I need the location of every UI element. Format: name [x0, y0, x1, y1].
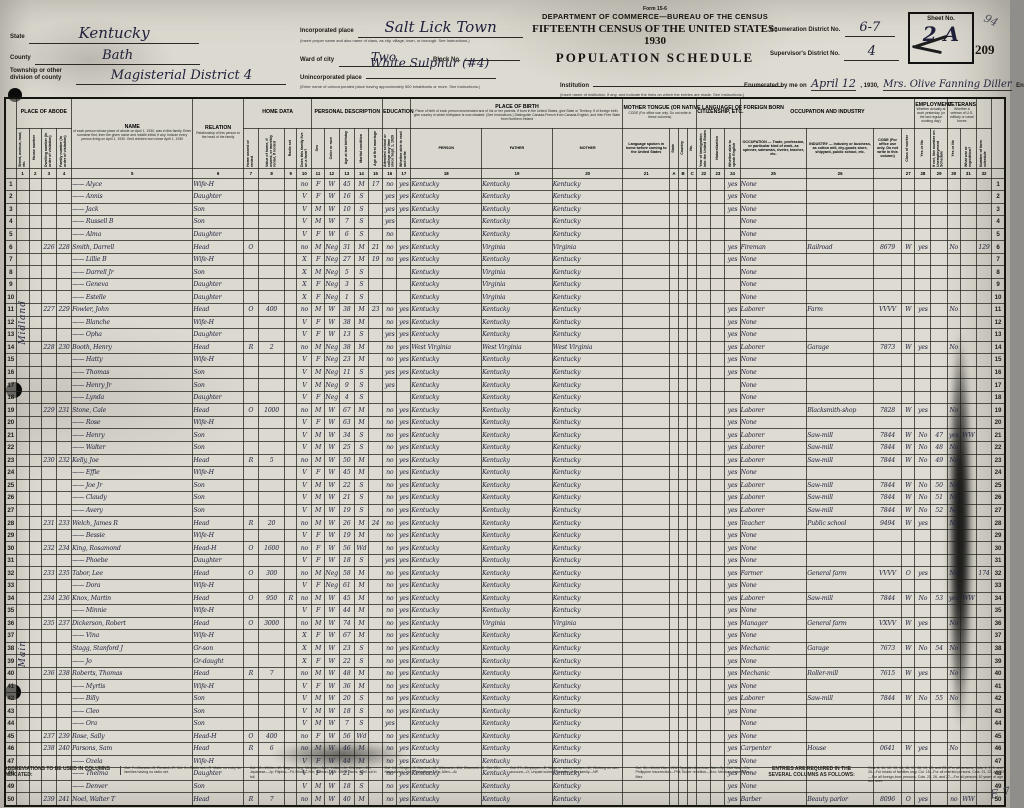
cell-wr [960, 567, 976, 580]
cell-bp: Kentucky [411, 354, 482, 367]
col-number-fam: 4 [56, 168, 71, 178]
cell-rw: yes [397, 680, 411, 693]
cell-rel: Son [193, 718, 243, 731]
cell-rc: W [324, 441, 339, 454]
cell-wr [960, 655, 976, 668]
cell-bp: Kentucky [411, 467, 482, 480]
cell-cl [902, 542, 915, 555]
cell-ca [669, 580, 678, 593]
cell-vt [947, 291, 960, 304]
cell-vt: No [947, 504, 960, 517]
cell-rw: yes [397, 316, 411, 329]
cell-rel: Son [193, 203, 243, 216]
col-header-bp: PERSON [411, 128, 482, 168]
abbrev-block-1: Col. 7—Owned—O; Rented—R. Col. 9—Radio s… [120, 766, 244, 775]
cell-vt: No [947, 492, 960, 505]
cell-dw [41, 366, 56, 379]
cell-n2: 25 [992, 479, 1005, 492]
cell-sx: M [312, 441, 324, 454]
cell-cd [873, 379, 901, 392]
cell-e2 [931, 680, 947, 693]
cell-sc: yes [383, 379, 397, 392]
cell-tg [623, 278, 669, 291]
cell-rw: yes [397, 429, 411, 442]
cell-sc: no [383, 416, 397, 429]
table-row: 25—— Joe JrSonVMW22SnoyesKentuckyKentuck… [5, 479, 1005, 492]
sheet-number-box: Sheet No. 2 A [908, 12, 974, 64]
cell-own [243, 379, 258, 392]
unincorporated-label: Unincorporated place [300, 75, 362, 81]
cell-dw [41, 228, 56, 241]
table-row: 39—— JoGr-daughtXFW22SnoyesKentuckyKentu… [5, 655, 1005, 668]
cell-rel: Daughter [193, 291, 243, 304]
cell-in: Farm [807, 303, 874, 316]
cell-fam [56, 391, 71, 404]
cell-rel: Wife-H [193, 605, 243, 618]
cell-n: 37 [5, 630, 16, 643]
cell-fam [56, 366, 71, 379]
cell-st [16, 680, 29, 693]
table-row: 11227229Fowler, JohnHeadO400noMW38M23noy… [5, 303, 1005, 316]
cell-am [368, 467, 382, 480]
cell-cc [688, 630, 697, 643]
cell-wr [960, 366, 976, 379]
cell-rc: W [324, 504, 339, 517]
cell-bp: Kentucky [411, 567, 482, 580]
cell-sx: M [312, 429, 324, 442]
cell-ag: 11 [339, 366, 354, 379]
table-row: 21—— HenrySonVMW34SnoyesKentuckyKentucky… [5, 429, 1005, 442]
cell-bm: Kentucky [552, 630, 623, 643]
cell-vt [947, 718, 960, 731]
cell-n2: 38 [992, 642, 1005, 655]
cell-st [16, 454, 29, 467]
cell-own [243, 655, 258, 668]
cell-mr: S [354, 655, 368, 668]
cell-bf: Kentucky [482, 416, 553, 429]
cell-oc: Mechanic [740, 667, 807, 680]
cell-fn [976, 580, 991, 593]
cell-vt: No [947, 517, 960, 530]
cell-nm: Tabor, Lee [72, 567, 193, 580]
cell-frm: V [297, 228, 312, 241]
col-header-bf: FATHER [482, 128, 553, 168]
cell-cb [679, 329, 688, 342]
cell-fn [976, 278, 991, 291]
cell-eng [725, 228, 740, 241]
cell-own [243, 605, 258, 618]
cell-rel: Daughter [193, 228, 243, 241]
cell-rel: Wife-H [193, 529, 243, 542]
cell-rel: Daughter [193, 329, 243, 342]
cell-c23 [711, 655, 725, 668]
cell-eng: yes [725, 743, 740, 756]
cell-bf: Kentucky [482, 354, 553, 367]
cell-am [368, 316, 382, 329]
cell-n2: 30 [992, 542, 1005, 555]
cell-cc [688, 216, 697, 229]
col-header-hs: House number [29, 128, 41, 168]
cell-fn [976, 655, 991, 668]
cell-tg [623, 517, 669, 530]
cell-n2: 5 [992, 228, 1005, 241]
cell-cl [902, 291, 915, 304]
cell-cb [679, 479, 688, 492]
cell-n: 13 [5, 329, 16, 342]
cell-rel: Daughter [193, 278, 243, 291]
cell-fn [976, 467, 991, 480]
department-line: DEPARTMENT OF COMMERCE—BUREAU OF THE CEN… [530, 12, 780, 21]
cell-hs [29, 680, 41, 693]
cell-in: General farm [807, 617, 874, 630]
cell-c22 [697, 454, 711, 467]
cell-rel: Head [193, 303, 243, 316]
cell-sx: F [312, 529, 324, 542]
cell-n2: 37 [992, 630, 1005, 643]
cell-am [368, 605, 382, 618]
cell-c23 [711, 416, 725, 429]
cell-fn [976, 642, 991, 655]
col-header-frm: Does this family live on a farm? [297, 128, 312, 168]
cell-ag: 16 [339, 191, 354, 204]
cell-frm: no [297, 667, 312, 680]
cell-sc: no [383, 705, 397, 718]
cell-rc: W [324, 743, 339, 756]
cell-mr: M [354, 743, 368, 756]
cell-bm: Kentucky [552, 680, 623, 693]
cell-ca [669, 303, 678, 316]
cell-am [368, 354, 382, 367]
cell-sx: F [312, 542, 324, 555]
cell-ca [669, 642, 678, 655]
cell-e1: yes [915, 517, 931, 530]
cell-n: 12 [5, 316, 16, 329]
cell-eng: yes [725, 517, 740, 530]
cell-sc [383, 278, 397, 291]
cell-in [807, 605, 874, 618]
cell-e2 [931, 228, 947, 241]
cell-ca [669, 203, 678, 216]
cell-eng: yes [725, 542, 740, 555]
cell-cl [902, 253, 915, 266]
cell-dw [41, 580, 56, 593]
cell-oc: None [740, 655, 807, 668]
cell-tg [623, 379, 669, 392]
cell-ca [669, 329, 678, 342]
cell-wr [960, 216, 976, 229]
cell-rc: Neg [324, 266, 339, 279]
cell-oc: None [740, 416, 807, 429]
cell-oc: None [740, 580, 807, 593]
cell-rc: W [324, 228, 339, 241]
cell-sx: M [312, 692, 324, 705]
cell-dw [41, 718, 56, 731]
cell-rc: W [324, 467, 339, 480]
cell-bm: Kentucky [552, 655, 623, 668]
cell-sx: M [312, 617, 324, 630]
cell-bp: Kentucky [411, 241, 482, 254]
cell-ca [669, 291, 678, 304]
cell-bp: Kentucky [411, 554, 482, 567]
cell-nm: Stone, Cale [72, 404, 193, 417]
cell-cb [679, 416, 688, 429]
cell-am [368, 492, 382, 505]
cell-eng [725, 718, 740, 731]
cell-rc: W [324, 630, 339, 643]
cell-rw: yes [397, 178, 411, 191]
cell-bp: Kentucky [411, 542, 482, 555]
cell-frm: V [297, 416, 312, 429]
cell-st [16, 429, 29, 442]
cell-nm: —— Blanche [72, 316, 193, 329]
cell-bf: Kentucky [482, 316, 553, 329]
cell-sc: no [383, 492, 397, 505]
cell-cl [902, 554, 915, 567]
cell-sc: no [383, 542, 397, 555]
cell-n2: 2 [992, 191, 1005, 204]
col-number-cb: B [679, 168, 688, 178]
cell-frm: X [297, 266, 312, 279]
cell-rw: yes [397, 467, 411, 480]
col-number-nm: 5 [72, 168, 193, 178]
cell-cb [679, 492, 688, 505]
cell-frm: V [297, 680, 312, 693]
cell-val: 6 [258, 743, 284, 756]
col-header-wr: What war or expedition? [960, 128, 976, 168]
cell-own [243, 191, 258, 204]
cell-ag: 27 [339, 253, 354, 266]
cell-cc [688, 617, 697, 630]
cell-bp: Kentucky [411, 718, 482, 731]
cell-cb [679, 567, 688, 580]
cell-st [16, 266, 29, 279]
cell-dw: 235 [41, 617, 56, 630]
cell-rc: W [324, 655, 339, 668]
cell-wr [960, 416, 976, 429]
column-group-1: PLACE OF ABODE [16, 98, 72, 128]
cell-val [258, 291, 284, 304]
cell-dw: 236 [41, 667, 56, 680]
cell-n2: 20 [992, 416, 1005, 429]
cell-val: 20 [258, 517, 284, 530]
cell-rel: Daughter [193, 391, 243, 404]
cell-vt: No [947, 567, 960, 580]
cell-sx: M [312, 404, 324, 417]
cell-sx: F [312, 253, 324, 266]
cell-eng: yes [725, 329, 740, 342]
cell-n2: 29 [992, 529, 1005, 542]
cell-st [16, 542, 29, 555]
cell-e1 [915, 580, 931, 593]
township-line: Township or other division of county Mag… [10, 66, 310, 85]
cell-n2: 26 [992, 492, 1005, 505]
cell-rw: yes [397, 580, 411, 593]
cell-am: 21 [368, 241, 382, 254]
cell-in [807, 354, 874, 367]
cell-fn [976, 391, 991, 404]
cell-n2: 9 [992, 278, 1005, 291]
table-row: 6226228Smith, DarrellHeadOnoMNeg31M21noy… [5, 241, 1005, 254]
cell-dw [41, 605, 56, 618]
cell-mr: S [354, 391, 368, 404]
incorporated-note: (Insert proper name and also name of cla… [300, 38, 550, 43]
cell-bp: Kentucky [411, 642, 482, 655]
table-row: 32233235Tabor, LeeHeadO300noMNeg58Mnoyes… [5, 567, 1005, 580]
cell-fam: 235 [56, 567, 71, 580]
cell-in [807, 529, 874, 542]
cell-rel: Son [193, 479, 243, 492]
cell-rc: Neg [324, 354, 339, 367]
table-row: 43—— CleoSonVMW18SnoyesKentuckyKentuckyK… [5, 705, 1005, 718]
cell-am [368, 278, 382, 291]
cell-hs [29, 504, 41, 517]
cell-bf: Kentucky [482, 680, 553, 693]
cell-rad [285, 605, 297, 618]
cell-nm: —— Darrell Jr [72, 266, 193, 279]
cell-eng: yes [725, 303, 740, 316]
cell-own: O [243, 567, 258, 580]
cell-sx: F [312, 554, 324, 567]
cell-bf: Kentucky [482, 605, 553, 618]
cell-e1 [915, 278, 931, 291]
cell-rad [285, 178, 297, 191]
cell-wr [960, 467, 976, 480]
cell-fn [976, 504, 991, 517]
cell-dw [41, 492, 56, 505]
cell-hs [29, 329, 41, 342]
cell-bp: Kentucky [411, 329, 482, 342]
cell-st [16, 216, 29, 229]
cell-rad [285, 253, 297, 266]
cell-in [807, 416, 874, 429]
ed-line: Enumeration District No. 6-7 [770, 18, 895, 37]
cell-cb [679, 504, 688, 517]
cell-cc [688, 529, 697, 542]
cell-sx: M [312, 592, 324, 605]
cell-e2 [931, 655, 947, 668]
cell-ca [669, 228, 678, 241]
cell-wr [960, 692, 976, 705]
cell-tg [623, 705, 669, 718]
cell-rel: Son [193, 366, 243, 379]
cell-nm: Kelly, Joe [72, 454, 193, 467]
cell-c23 [711, 228, 725, 241]
cell-hs [29, 592, 41, 605]
cell-mr: S [354, 429, 368, 442]
cell-n: 41 [5, 680, 16, 693]
cell-bm: Kentucky [552, 391, 623, 404]
cell-eng: yes [725, 429, 740, 442]
cell-fam [56, 354, 71, 367]
table-row: 31—— PhoebeDaughterVFW18SyesyesKentuckyK… [5, 554, 1005, 567]
cell-ag: 63 [339, 416, 354, 429]
cell-n: 34 [5, 592, 16, 605]
cell-rel: Wife-H [193, 467, 243, 480]
cell-wr [960, 617, 976, 630]
cell-ca [669, 441, 678, 454]
cell-eng: yes [725, 730, 740, 743]
cell-nm: Welch, James R [72, 517, 193, 530]
cell-vt [947, 730, 960, 743]
col-number-ag: 13 [339, 168, 354, 178]
cell-rc: W [324, 542, 339, 555]
cell-sx: M [312, 642, 324, 655]
cell-bp: Kentucky [411, 617, 482, 630]
cell-cd [873, 554, 901, 567]
cell-e1: yes [915, 303, 931, 316]
cell-vt [947, 705, 960, 718]
cell-cc [688, 479, 697, 492]
cell-e2: 51 [931, 492, 947, 505]
cell-bm: Kentucky [552, 529, 623, 542]
cell-e2 [931, 529, 947, 542]
cell-cl [902, 718, 915, 731]
cell-val [258, 642, 284, 655]
cell-cb [679, 278, 688, 291]
cell-sc: no [383, 529, 397, 542]
cell-fam [56, 216, 71, 229]
cell-rw: yes [397, 354, 411, 367]
cell-rw: yes [397, 454, 411, 467]
cell-am: 23 [368, 303, 382, 316]
cell-sx: M [312, 504, 324, 517]
cell-n: 20 [5, 416, 16, 429]
cell-hs [29, 492, 41, 505]
cell-wr [960, 529, 976, 542]
cell-rc: W [324, 316, 339, 329]
cell-e1 [915, 228, 931, 241]
cell-ca [669, 341, 678, 354]
cell-nm: —— Jo [72, 655, 193, 668]
cell-cb [679, 642, 688, 655]
cell-fam [56, 203, 71, 216]
cell-mr: M [354, 404, 368, 417]
cell-c22 [697, 529, 711, 542]
cell-fam: 240 [56, 743, 71, 756]
cell-cd [873, 580, 901, 593]
cell-eng: yes [725, 492, 740, 505]
cell-ag: 18 [339, 705, 354, 718]
cell-c23 [711, 341, 725, 354]
cell-bp: Kentucky [411, 605, 482, 618]
col-number-wr: 31 [960, 168, 976, 178]
cell-n2: 45 [992, 730, 1005, 743]
cell-fn [976, 416, 991, 429]
cell-c22 [697, 341, 711, 354]
cell-am [368, 642, 382, 655]
cell-n: 25 [5, 479, 16, 492]
cell-oc: None [740, 216, 807, 229]
cell-rel: Gr-daught [193, 655, 243, 668]
unincorporated-value: White Sulphur (#4) [370, 56, 489, 70]
cell-e2 [931, 580, 947, 593]
cell-c23 [711, 467, 725, 480]
cell-vt [947, 366, 960, 379]
cell-own [243, 354, 258, 367]
cell-cl [902, 705, 915, 718]
cell-bm: Kentucky [552, 718, 623, 731]
enumerator-name: Mrs. Olive Fanning Diller [883, 79, 1011, 91]
cell-e2: 54 [931, 642, 947, 655]
cell-rad [285, 316, 297, 329]
cell-dw: 226 [41, 241, 56, 254]
cell-e2 [931, 178, 947, 191]
cell-cc [688, 241, 697, 254]
cell-vt: No [947, 454, 960, 467]
cell-e1 [915, 542, 931, 555]
cell-rc: Neg [324, 341, 339, 354]
cell-e2 [931, 253, 947, 266]
